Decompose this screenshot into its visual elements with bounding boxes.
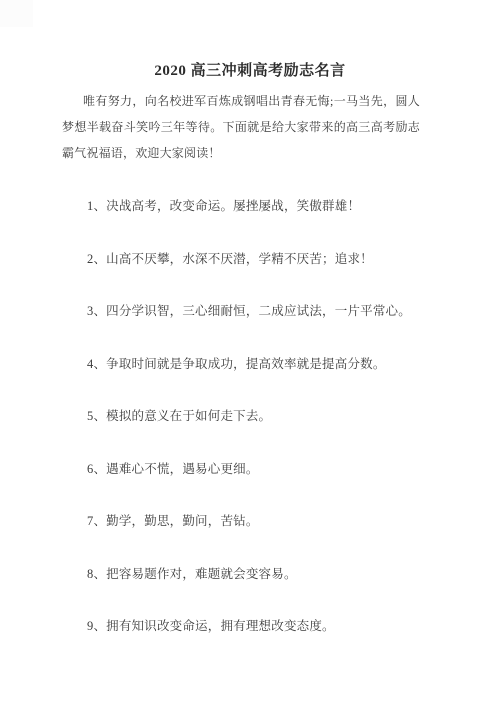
document-page: 2020 高三冲刺高考励志名言 唯有努力，向名校进军百炼成钢唱出青春无悔;一马当…: [0, 0, 500, 708]
quote-item: 1、决战高考，改变命运。屡挫屡战，笑傲群雄！: [62, 198, 472, 251]
quote-item: 3、四分学识智，三心细耐恒，二成应试法，一片平常心。: [62, 303, 472, 356]
scan-corner-artifact: [0, 0, 33, 27]
quotes-list: 1、决战高考，改变命运。屡挫屡战，笑傲群雄！ 2、山高不厌攀，水深不厌潜，学精不…: [62, 198, 472, 671]
intro-line: 霸气祝福语，欢迎大家阅读！: [62, 140, 420, 166]
quote-item: 2、山高不厌攀，水深不厌潜，学精不厌苦；追求！: [62, 251, 472, 304]
document-title: 2020 高三冲刺高考励志名言: [0, 59, 500, 80]
quote-item: 9、拥有知识改变命运，拥有理想改变态度。: [62, 618, 472, 671]
quote-item: 7、勤学，勤思，勤问，苦钻。: [62, 513, 472, 566]
quote-item: 4、争取时间就是争取成功，提高效率就是提高分数。: [62, 356, 472, 409]
intro-paragraph: 唯有努力，向名校进军百炼成钢唱出青春无悔;一马当先，圆人生 梦想半载奋斗笑吟三年…: [62, 88, 420, 166]
quote-item: 8、把容易题作对，难题就会变容易。: [62, 566, 472, 619]
intro-line: 梦想半载奋斗笑吟三年等待。下面就是给大家带来的高三高考励志: [62, 114, 420, 140]
quote-item: 6、遇难心不慌，遇易心更细。: [62, 461, 472, 514]
quote-item: 5、模拟的意义在于如何走下去。: [62, 408, 472, 461]
intro-line: 唯有努力，向名校进军百炼成钢唱出青春无悔;一马当先，圆人生: [62, 88, 420, 114]
